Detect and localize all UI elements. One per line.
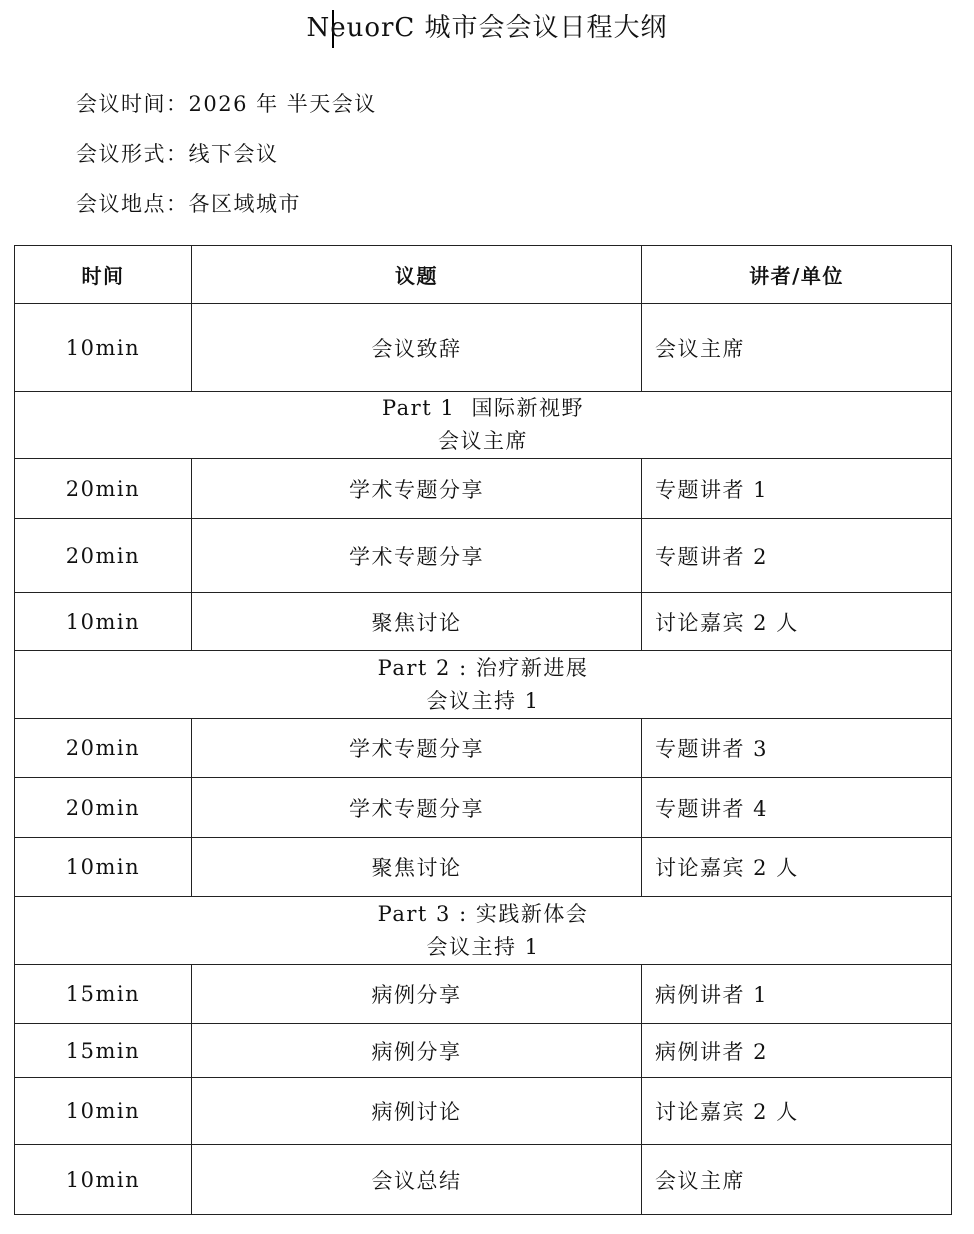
table-header-row: 时间 议题 讲者/单位	[15, 246, 952, 304]
cell-topic: 病例分享	[192, 965, 642, 1024]
cell-speaker: 专题讲者 4	[642, 778, 952, 838]
cell-topic: 会议总结	[192, 1145, 642, 1215]
table-row: 10min 聚焦讨论 讨论嘉宾 2 人	[15, 838, 952, 897]
meeting-location-value: 各区域城市	[189, 192, 302, 216]
meeting-location: 会议地点：各区域城市	[76, 184, 377, 234]
cell-speaker: 会议主席	[642, 304, 952, 392]
cell-time: 10min	[15, 1145, 192, 1215]
table-row: 10min 会议致辞 会议主席	[15, 304, 952, 392]
cell-topic: 学术专题分享	[192, 719, 642, 778]
table-row: 10min 聚焦讨论 讨论嘉宾 2 人	[15, 593, 952, 651]
cell-topic: 聚焦讨论	[192, 838, 642, 897]
section-row: Part 1 国际新视野 会议主席	[15, 392, 952, 459]
cell-time: 10min	[15, 838, 192, 897]
cell-time: 15min	[15, 965, 192, 1024]
table-row: 10min 病例讨论 讨论嘉宾 2 人	[15, 1078, 952, 1145]
section-title: Part 3 : 实践新体会	[15, 898, 951, 931]
cell-topic: 病例分享	[192, 1024, 642, 1078]
cell-topic: 聚焦讨论	[192, 593, 642, 651]
cell-speaker: 病例讲者 2	[642, 1024, 952, 1078]
section-cell: Part 2 : 治疗新进展 会议主持 1	[15, 651, 952, 719]
header-speaker: 讲者/单位	[642, 246, 952, 304]
cell-time: 10min	[15, 593, 192, 651]
cell-time: 15min	[15, 1024, 192, 1078]
cell-speaker: 讨论嘉宾 2 人	[642, 593, 952, 651]
meeting-info: 会议时间：2026 年 半天会议 会议形式：线下会议 会议地点：各区域城市	[76, 84, 377, 234]
section-host: 会议主席	[15, 425, 951, 458]
section-title: Part 2 : 治疗新进展	[15, 652, 951, 685]
cell-time: 20min	[15, 778, 192, 838]
meeting-time-value: 2026 年 半天会议	[189, 92, 377, 116]
table-row: 20min 学术专题分享 专题讲者 3	[15, 719, 952, 778]
section-cell: Part 1 国际新视野 会议主席	[15, 392, 952, 459]
meeting-format: 会议形式：线下会议	[76, 134, 377, 184]
cell-topic: 病例讨论	[192, 1078, 642, 1145]
cell-speaker: 会议主席	[642, 1145, 952, 1215]
document-title[interactable]: NeuorC 城市会会议日程大纲	[0, 8, 974, 48]
table-row: 15min 病例分享 病例讲者 1	[15, 965, 952, 1024]
table-row: 10min 会议总结 会议主席	[15, 1145, 952, 1215]
cell-speaker: 专题讲者 2	[642, 519, 952, 593]
cell-time: 20min	[15, 719, 192, 778]
section-title: Part 1 国际新视野	[15, 392, 951, 425]
table-row: 20min 学术专题分享 专题讲者 4	[15, 778, 952, 838]
cell-speaker: 专题讲者 1	[642, 459, 952, 519]
cell-time: 10min	[15, 304, 192, 392]
section-host: 会议主持 1	[15, 931, 951, 964]
cell-time: 20min	[15, 519, 192, 593]
meeting-location-label: 会议地点：	[76, 192, 189, 216]
cell-speaker: 专题讲者 3	[642, 719, 952, 778]
section-cell: Part 3 : 实践新体会 会议主持 1	[15, 897, 952, 965]
header-topic: 议题	[192, 246, 642, 304]
cell-speaker: 讨论嘉宾 2 人	[642, 1078, 952, 1145]
table-row: 20min 学术专题分享 专题讲者 2	[15, 519, 952, 593]
cell-topic: 会议致辞	[192, 304, 642, 392]
section-host: 会议主持 1	[15, 685, 951, 718]
table-row: 20min 学术专题分享 专题讲者 1	[15, 459, 952, 519]
cell-speaker: 病例讲者 1	[642, 965, 952, 1024]
cell-topic: 学术专题分享	[192, 459, 642, 519]
cell-topic: 学术专题分享	[192, 519, 642, 593]
cell-time: 10min	[15, 1078, 192, 1145]
header-time: 时间	[15, 246, 192, 304]
cell-speaker: 讨论嘉宾 2 人	[642, 838, 952, 897]
meeting-time-label: 会议时间：	[76, 92, 189, 116]
meeting-format-label: 会议形式：	[76, 142, 189, 166]
meeting-format-value: 线下会议	[189, 142, 279, 166]
table-row: 15min 病例分享 病例讲者 2	[15, 1024, 952, 1078]
cell-topic: 学术专题分享	[192, 778, 642, 838]
section-row: Part 3 : 实践新体会 会议主持 1	[15, 897, 952, 965]
section-row: Part 2 : 治疗新进展 会议主持 1	[15, 651, 952, 719]
cell-time: 20min	[15, 459, 192, 519]
meeting-time: 会议时间：2026 年 半天会议	[76, 84, 377, 134]
agenda-table: 时间 议题 讲者/单位 10min 会议致辞 会议主席 Part 1 国际新视野…	[14, 245, 952, 1215]
